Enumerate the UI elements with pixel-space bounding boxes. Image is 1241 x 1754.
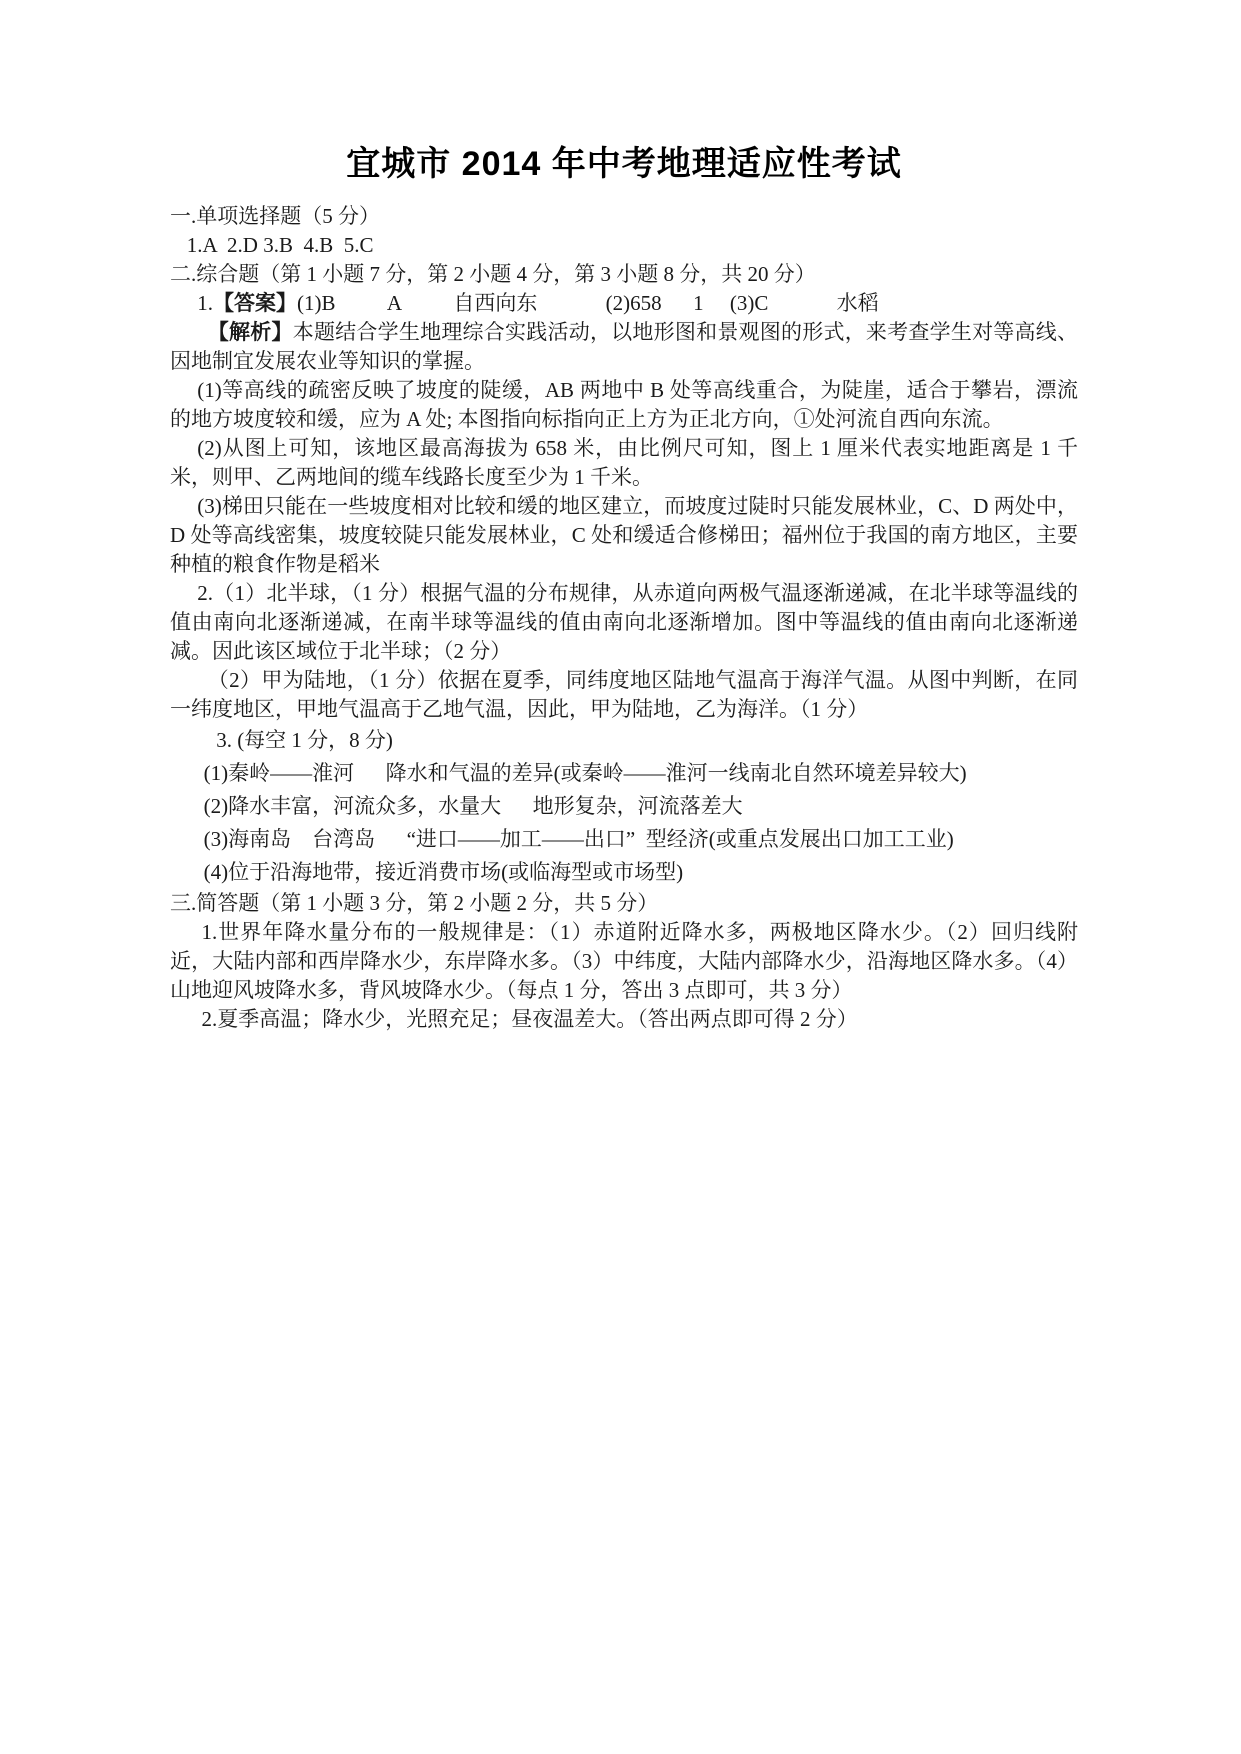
q1-analysis-label: 【解析】 xyxy=(208,320,293,344)
q1-number: 1. xyxy=(197,291,213,315)
q3-answer-item-3: (3)海南岛 台湾岛 “进口——加工——出口” 型经济(或重点发展出口加工工业) xyxy=(170,823,1078,856)
q1-explanation-point-2: (2)从图上可知，该地区最高海拔为 658 米，由比例尺可知，图上 1 厘米代表… xyxy=(170,434,1078,492)
q3-heading: 3. (每空 1 分，8 分) xyxy=(170,724,1078,757)
section3-answer-1: 1.世界年降水量分布的一般规律是：（1）赤道附近降水多，两极地区降水少。（2）回… xyxy=(170,918,1078,1005)
q1-analysis: 【解析】本题结合学生地理综合实践活动，以地形图和景观图的形式，来考查学生对等高线… xyxy=(170,318,1078,376)
q1-explanation-point-3: (3)梯田只能在一些坡度相对比较和缓的地区建立，而坡度过陡时只能发展林业，C、D… xyxy=(170,492,1078,579)
section3-heading: 三.简答题（第 1 小题 3 分，第 2 小题 2 分，共 5 分） xyxy=(170,889,1078,918)
document-title: 宜城市 2014 年中考地理适应性考试 xyxy=(170,142,1078,186)
document-page: 宜城市 2014 年中考地理适应性考试 一.单项选择题（5 分） 1.A 2.D… xyxy=(0,0,1241,1754)
q3-answer-item-4: (4)位于沿海地带，接近消费市场(或临海型或市场型) xyxy=(170,856,1078,889)
q2-answer-part-2: （2）甲为陆地，（1 分）依据在夏季，同纬度地区陆地气温高于海洋气温。从图中判断… xyxy=(170,666,1078,724)
q2-answer-part-1: 2.（1）北半球，（1 分）根据气温的分布规律，从赤道向两极气温逐渐递减，在北半… xyxy=(170,579,1078,666)
section3-answer-2: 2.夏季高温；降水少，光照充足；昼夜温差大。（答出两点即可得 2 分） xyxy=(170,1005,1078,1034)
q3-answer-item-1: (1)秦岭——淮河 降水和气温的差异(或秦岭——淮河一线南北自然环境差异较大) xyxy=(170,757,1078,790)
q3-answer-item-2: (2)降水丰富，河流众多，水量大 地形复杂，河流落差大 xyxy=(170,790,1078,823)
q1-analysis-text: 本题结合学生地理综合实践活动，以地形图和景观图的形式，来考查学生对等高线、因地制… xyxy=(170,320,1078,373)
section2-heading: 二.综合题（第 1 小题 7 分，第 2 小题 4 分，第 3 小题 8 分，共… xyxy=(170,260,1078,289)
section1-heading: 一.单项选择题（5 分） xyxy=(170,202,1078,231)
q1-answer-line: 1.【答案】(1)B A 自西向东 (2)658 1 (3)C 水稻 xyxy=(170,289,1078,318)
q1-answer-label: 【答案】 xyxy=(213,291,297,315)
q1-answer-values: (1)B A 自西向东 (2)658 1 (3)C 水稻 xyxy=(297,291,879,315)
section1-choice-answers: 1.A 2.D 3.B 4.B 5.C xyxy=(170,231,1078,260)
q1-explanation-point-1: (1)等高线的疏密反映了坡度的陡缓，AB 两地中 B 处等高线重合，为陡崖，适合… xyxy=(170,376,1078,434)
document-content: 宜城市 2014 年中考地理适应性考试 一.单项选择题（5 分） 1.A 2.D… xyxy=(170,142,1078,1034)
